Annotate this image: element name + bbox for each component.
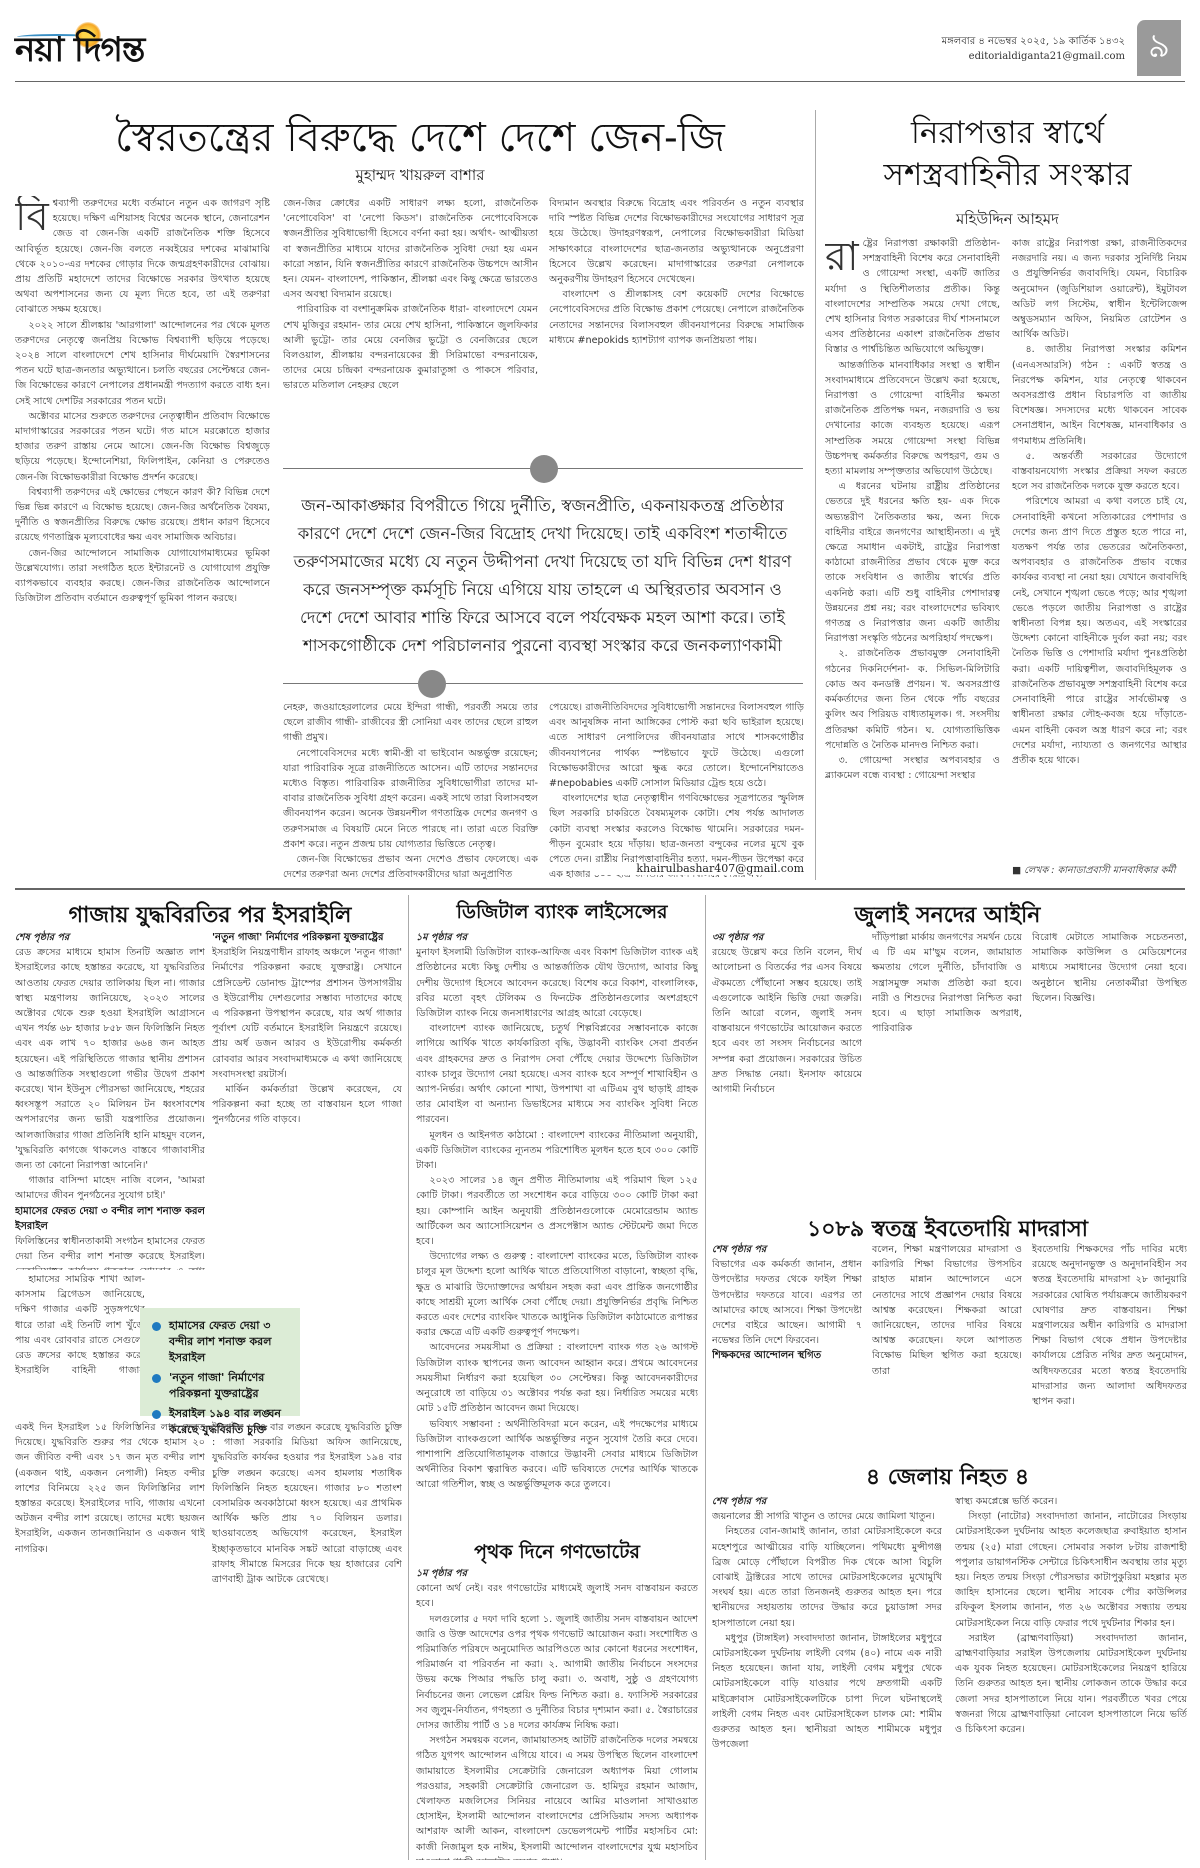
accident-column-1: শেষ পৃষ্ঠার পর জয়নালের স্ত্রী সাগরি খাত… [712,1494,942,1860]
lead-lower-column-1: নেহরু, জওয়াহেরলালের মেয়ে ইন্দিরা গান্ধ… [283,700,538,882]
july-charter-column-1: ৩য় পৃষ্ঠার পর রয়েছে উল্লেখ করে তিনি বল… [712,930,862,1180]
madrasa-column-2: বলেন, শিক্ষা মন্ত্রণালয়ের মাদরাসা ও কার… [872,1242,1022,1456]
opinion-headline[interactable]: নিরাপত্তার স্বার্থে সশস্ত্রবাহিনীর সংস্ক… [825,112,1190,196]
lead-byline: মুহাম্মদ খায়রুল বাশার [40,164,800,189]
dropcap: বি [15,198,49,236]
gaza-highlights-box: হামাসের ফেরত দেয়া ৩ বন্দীর লাশ শনাক্ত ক… [140,1308,300,1416]
accident-column-2: স্বাস্থ্য কমপ্লেক্সে ভর্তি করেন। সিংড়া … [955,1494,1187,1860]
dropcap: রা [825,238,859,276]
editorial-email[interactable]: editorialdiganta21@gmail.com [942,49,1125,64]
lead-lower-column-2: পেয়েছে। রাজনীতিবিদদের সুবিধাভোগী সন্তান… [549,700,804,882]
madrasa-column-3: ইবতেদায়ি শিক্ষকদের পাঁচ দাবির মধ্যে রয়… [1032,1242,1187,1456]
gaza-column-1: শেষ পৃষ্ঠার পর রেড ক্রসের মাধ্যমে হামাস … [15,930,205,1270]
column-divider [408,895,409,1860]
bullet-icon [152,1322,161,1331]
lead-column-3: বিদ্যমান অবস্থার বিরুদ্ধে বিদ্রোহ এবং পর… [549,196,804,458]
pullquote-dot-icon [530,455,558,483]
opinion-byline: মহিউদ্দিন আহমদ [825,208,1190,233]
july-charter-column-3: বিরোধ মেটাতে সামাজিক সচেতনতা, সামাজিক কা… [1032,930,1187,1180]
column-divider [815,110,816,880]
pullquote-rule-bottom [283,683,803,684]
lead-headline[interactable]: স্বৈরতন্ত্রের বিরুদ্ধে দেশে দেশে জেন-জি [40,112,800,164]
newspaper-logo[interactable]: নয়া দিগন্ত [15,24,144,81]
highlight-item: 'নতুন গাজা' নির্মাণের পরিকল্পনা যুক্তরাষ… [152,1370,288,1402]
digital-bank-body: ১ম পৃষ্ঠার পর মুনাফা ইসলামী ডিজিটাল ব্যা… [416,930,698,1518]
gaza-column-1c: একই দিন ইসরাইল ১৫ ফিলিস্তিনির লাশ ফেরত দ… [15,1420,205,1860]
lead-column-1: বিশ্বব্যাপী তরুণদের মধ্যে বর্তমানে নতুন … [15,196,270,882]
header-meta: মঙ্গলবার ৪ নভেম্বর ২০২৫, ১৯ কার্তিক ১৪৩২… [942,34,1125,64]
referendum-body: ১ম পৃষ্ঠার পর কোনো অর্থ নেই। বরং গণভোটের… [416,1566,698,1860]
gaza-column-2: 'নতুন গাজা' নির্মাণের পরিকল্পনা যুক্তরাষ… [212,930,402,1308]
digital-bank-headline[interactable]: ডিজিটাল ব্যাংক লাইসেন্সের [412,898,712,930]
masthead: নয়া দিগন্ত মঙ্গলবার ৪ নভেম্বর ২০২৫, ১৯ … [15,20,1185,82]
pullquote-dot-icon-2 [418,670,446,698]
opinion-column-2: কাজ রাষ্ট্রের নিরাপত্তা রক্ষা, রাজনীতিকদ… [1012,236,1187,866]
madrasa-column-1: শেষ পৃষ্ঠার পর বিভাগের এক কর্মকর্তা জানা… [712,1242,862,1456]
page-number-badge: ৯ [1137,20,1181,76]
highlight-item: হামাসের ফেরত দেয়া ৩ বন্দীর লাশ শনাক্ত ক… [152,1318,288,1366]
gaza-column-2b: ইসরাইল ১৯৪ বার লঙ্ঘন করেছে যুদ্ধবিরতি চু… [212,1420,402,1860]
accident-headline[interactable]: ৪ জেলায় নিহত ৪ [710,1460,1185,1497]
author-email[interactable]: khairulbashar407@gmail.com [590,862,804,875]
gaza-column-1b: হামাসের সামরিক শাখা আল-কাসসাম ব্রিগেডস জ… [15,1272,145,1374]
author-note: ■ লেখক : কানাডাপ্রবাসী মানবাধিকার কর্মী [1012,864,1187,879]
july-charter-column-2: দাঁড়িপাল্লা মার্কায় জনগণের সমর্থন চেয়… [872,930,1022,1180]
pullquote: জন-আকাঙ্ক্ষার বিপরীতে গিয়ে দুর্নীতি, স্… [290,492,795,662]
date-line: মঙ্গলবার ৪ নভেম্বর ২০২৫, ১৯ কার্তিক ১৪৩২ [942,34,1125,49]
column-divider [705,895,706,1860]
bullet-icon [152,1410,161,1419]
bullet-icon [152,1374,161,1383]
opinion-column-1: রাষ্ট্রের নিরাপত্তা রক্ষাকারী প্রতিষ্ঠান… [825,236,1000,882]
lead-column-2: জেন-জির ক্রোধের একটি সাধারণ লক্ষ্য হলো, … [283,196,538,458]
section-divider [15,888,1185,890]
